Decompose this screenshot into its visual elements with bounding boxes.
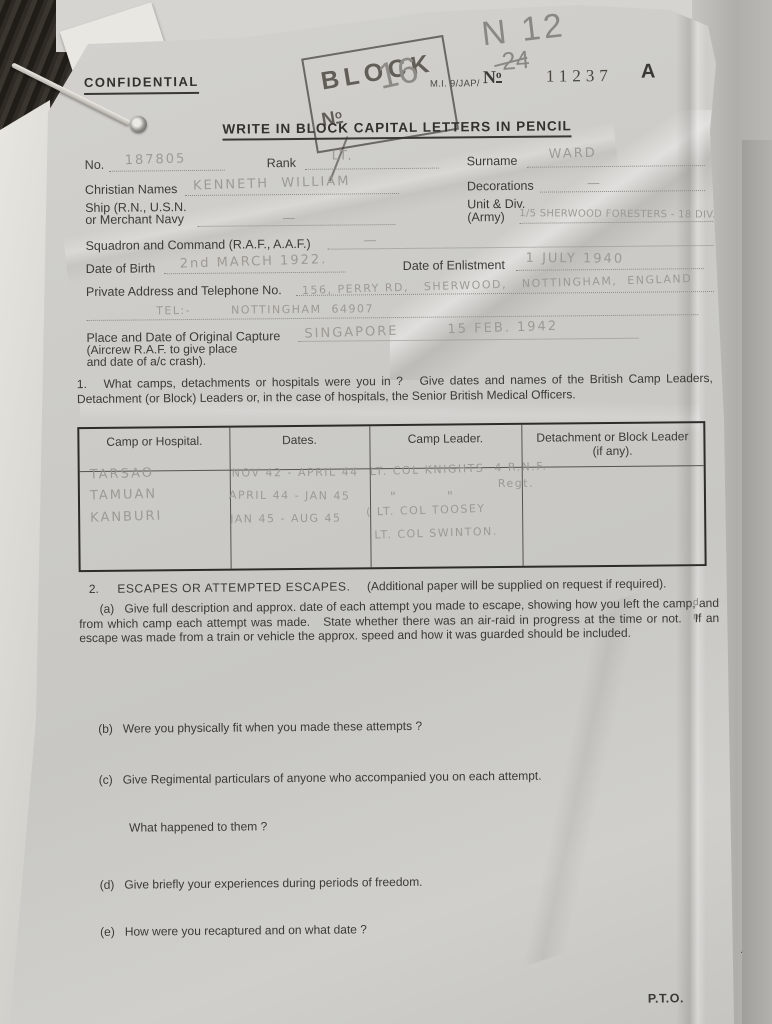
sheet-content: CONFIDENTIAL BLOCK No 16 M.I. 9/JAP/ No … bbox=[0, 0, 772, 1024]
question-1-text: 1. What camps, detachments or hospitals … bbox=[77, 371, 713, 406]
question-2c-followup: What happened to them ? bbox=[129, 819, 267, 834]
field-label-decorations: Decorations bbox=[467, 179, 534, 194]
field-label-surname: Surname bbox=[467, 154, 518, 168]
hw-dates-2: APRIL 44 - JAN 45 bbox=[229, 489, 351, 503]
dotted-line bbox=[516, 268, 704, 271]
question-2-heading: ESCAPES OR ATTEMPTED ESCAPES. bbox=[117, 579, 350, 595]
hw-camp-1: TARSAO bbox=[90, 466, 155, 483]
hw-surname: WARD bbox=[548, 146, 597, 162]
question-2-heading-note: (Additional paper will be supplied on re… bbox=[367, 576, 667, 593]
table-header-dates: Dates. bbox=[229, 433, 369, 448]
table-column-divider bbox=[369, 426, 371, 567]
question-2d-text: (d) Give briefly your experiences during… bbox=[100, 875, 423, 892]
bleed-text-fragment: d bbox=[693, 597, 699, 608]
question-2-number: 2. bbox=[89, 582, 99, 596]
hw-dates-1: NOV 42 - APRIL 44 bbox=[232, 465, 359, 479]
field-label-unit-div-2: (Army) bbox=[467, 210, 505, 224]
questionnaire-sheet: CONFIDENTIAL BLOCK No 16 M.I. 9/JAP/ No … bbox=[0, 0, 772, 1024]
hw-ship: — bbox=[282, 211, 297, 226]
punch-hole-grommet bbox=[130, 116, 147, 133]
hw-christian-names: KENNETH WILLIAM bbox=[193, 174, 351, 194]
dotted-line bbox=[540, 190, 705, 193]
hw-leader-regt: Regt. bbox=[498, 477, 534, 490]
dotted-line bbox=[519, 221, 713, 224]
dotted-line bbox=[185, 193, 399, 196]
field-label-date-of-enlistment: Date of Enlistment bbox=[403, 258, 505, 273]
hw-dates-3: JAN 45 - AUG 45 bbox=[230, 512, 341, 526]
question-2a-text: (a) Give full description and approx. da… bbox=[79, 596, 719, 646]
field-label-ship-2: or Merchant Navy bbox=[85, 212, 184, 227]
field-label-squadron: Squadron and Command (R.A.F., A.A.F.) bbox=[85, 237, 310, 253]
hw-camp-3: KANBURI bbox=[90, 509, 163, 526]
reference-serial-number: 11237 bbox=[546, 66, 613, 87]
hw-decorations: — bbox=[587, 176, 602, 191]
table-column-divider bbox=[521, 425, 523, 566]
hw-service-number: 187805 bbox=[125, 151, 187, 168]
hw-unit-div: 1/5 SHERWOOD FORESTERS - 18 DIV. bbox=[519, 208, 715, 221]
question-2c-text: (c) Give Regimental particulars of anyon… bbox=[99, 769, 542, 787]
page-turn-over-label: P.T.O. bbox=[648, 991, 684, 1005]
table-header-camp: Camp or Hospital. bbox=[79, 435, 229, 450]
reference-series-letter: A bbox=[641, 61, 656, 84]
field-label-no: No. bbox=[85, 158, 105, 172]
bleed-text-fragment: n bbox=[693, 611, 699, 622]
hw-rank: LT. bbox=[332, 148, 354, 163]
dotted-line bbox=[164, 272, 346, 275]
confidential-marking: CONFIDENTIAL bbox=[84, 74, 199, 95]
mi9-department-label: M.I. 9/JAP/ bbox=[430, 78, 480, 89]
capture-note-2: and date of a/c crash). bbox=[87, 354, 207, 369]
question-2-heading-row: 2. ESCAPES OR ATTEMPTED ESCAPES. (Additi… bbox=[89, 574, 667, 598]
question-2e-text: (e) How were you recaptured and on what … bbox=[100, 922, 367, 939]
underlying-page-right-2 bbox=[742, 140, 772, 1024]
dotted-line bbox=[328, 245, 714, 250]
form-title: WRITE IN BLOCK CAPITAL LETTERS IN PENCIL bbox=[222, 118, 571, 140]
hw-telephone: TEL:- NOTTINGHAM 64907 bbox=[156, 302, 374, 317]
hw-date-of-birth: 2nd MARCH 1922. bbox=[180, 252, 328, 272]
hw-date-of-enlistment: 1 JULY 1940 bbox=[526, 251, 625, 267]
dotted-line bbox=[527, 165, 705, 168]
table-header-detachment: Detachment or Block Leader (if any). bbox=[531, 430, 693, 459]
scanned-pow-questionnaire: d n .T.O CONFIDENTIAL BLOCK No 16 M.I. 9… bbox=[0, 0, 772, 1024]
hw-camp-2: TAMUAN bbox=[90, 487, 158, 504]
dotted-line bbox=[305, 168, 439, 170]
dotted-line bbox=[109, 170, 225, 172]
field-label-rank: Rank bbox=[267, 156, 296, 170]
table-header-leader: Camp Leader. bbox=[369, 432, 521, 447]
reference-no-label: No bbox=[483, 67, 502, 88]
question-2b-text: (b) Were you physically fit when you mad… bbox=[98, 719, 422, 736]
field-label-date-of-birth: Date of Birth bbox=[86, 261, 156, 276]
field-label-address: Private Address and Telephone No. bbox=[86, 283, 282, 299]
field-label-christian-names: Christian Names bbox=[85, 182, 178, 197]
hw-squadron: — bbox=[363, 233, 378, 248]
